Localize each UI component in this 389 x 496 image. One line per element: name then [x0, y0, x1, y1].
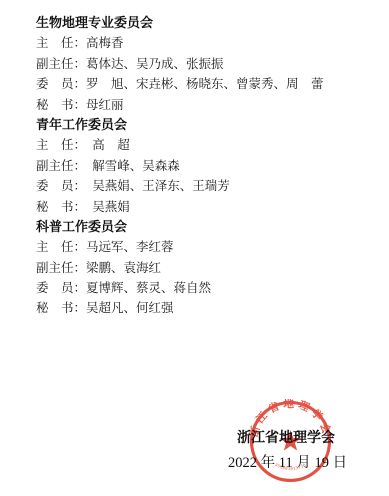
section-youth-committee: 青年工作委员会 主 任： 高 超 副主任： 解雪峰、吴森森 委 员： 吴燕娟、王… [36, 115, 369, 217]
role-label: 委 员： [36, 77, 86, 91]
member-names: 吴超凡、何红强 [86, 301, 174, 315]
committee-row: 秘 书：吴超凡、何红强 [36, 298, 369, 318]
document-page: 生物地理专业委员会 主 任：高梅香 副主任：葛体达、吴乃成、张振振 委 员：罗 … [0, 0, 389, 496]
role-label: 主 任： [36, 240, 86, 254]
role-label: 委 员： [36, 179, 86, 193]
member-names: 高 超 [86, 138, 130, 152]
role-label: 秘 书： [36, 200, 86, 214]
section-biogeography-committee: 生物地理专业委员会 主 任：高梅香 副主任：葛体达、吴乃成、张振振 委 员：罗 … [36, 13, 369, 115]
committee-heading: 青年工作委员会 [36, 115, 369, 135]
signature-organization: 浙江省地理学会 [237, 427, 335, 447]
committee-row: 委 员：夏博辉、蔡灵、蒋自然 [36, 278, 369, 298]
committee-list: 生物地理专业委员会 主 任：高梅香 副主任：葛体达、吴乃成、张振振 委 员：罗 … [36, 13, 369, 319]
role-label: 秘 书： [36, 301, 86, 315]
committee-row: 委 员：罗 旭、宋垚彬、杨晓东、曾蒙秀、周 蕾 [36, 74, 369, 94]
committee-row: 副主任：梁鹏、袁海红 [36, 258, 369, 278]
member-names: 梁鹏、袁海红 [86, 261, 161, 275]
committee-row: 秘 书： 吴燕娟 [36, 197, 369, 217]
committee-row: 主 任：高梅香 [36, 33, 369, 53]
role-label: 秘 书： [36, 98, 86, 112]
role-label: 副主任： [36, 159, 86, 173]
committee-row: 副主任： 解雪峰、吴森森 [36, 156, 369, 176]
committee-row: 副主任：葛体达、吴乃成、张振振 [36, 54, 369, 74]
committee-heading: 科普工作委员会 [36, 217, 369, 237]
member-names: 解雪峰、吴森森 [86, 159, 180, 173]
role-label: 副主任： [36, 261, 86, 275]
role-label: 主 任： [36, 36, 86, 50]
committee-row: 主 任： 高 超 [36, 135, 369, 155]
member-names: 高梅香 [86, 36, 124, 50]
role-label: 委 员： [36, 281, 86, 295]
member-names: 马远军、李红蓉 [86, 240, 174, 254]
committee-row: 秘 书：母红丽 [36, 95, 369, 115]
committee-heading: 生物地理专业委员会 [36, 13, 369, 33]
role-label: 副主任： [36, 57, 86, 71]
member-names: 吴燕娟、王泽东、王瑞芳 [86, 179, 230, 193]
committee-row: 主 任：马远军、李红蓉 [36, 237, 369, 257]
member-names: 葛体达、吴乃成、张振振 [86, 57, 224, 71]
committee-row: 委 员： 吴燕娟、王泽东、王瑞芳 [36, 176, 369, 196]
member-names: 罗 旭、宋垚彬、杨晓东、曾蒙秀、周 蕾 [86, 77, 324, 91]
section-science-popularization-committee: 科普工作委员会 主 任：马远军、李红蓉 副主任：梁鹏、袁海红 委 员：夏博辉、蔡… [36, 217, 369, 319]
member-names: 夏博辉、蔡灵、蒋自然 [86, 281, 211, 295]
signature-date: 2022 年 11 月 19 日 [228, 451, 347, 472]
member-names: 母红丽 [86, 98, 124, 112]
role-label: 主 任： [36, 138, 86, 152]
member-names: 吴燕娟 [86, 200, 130, 214]
